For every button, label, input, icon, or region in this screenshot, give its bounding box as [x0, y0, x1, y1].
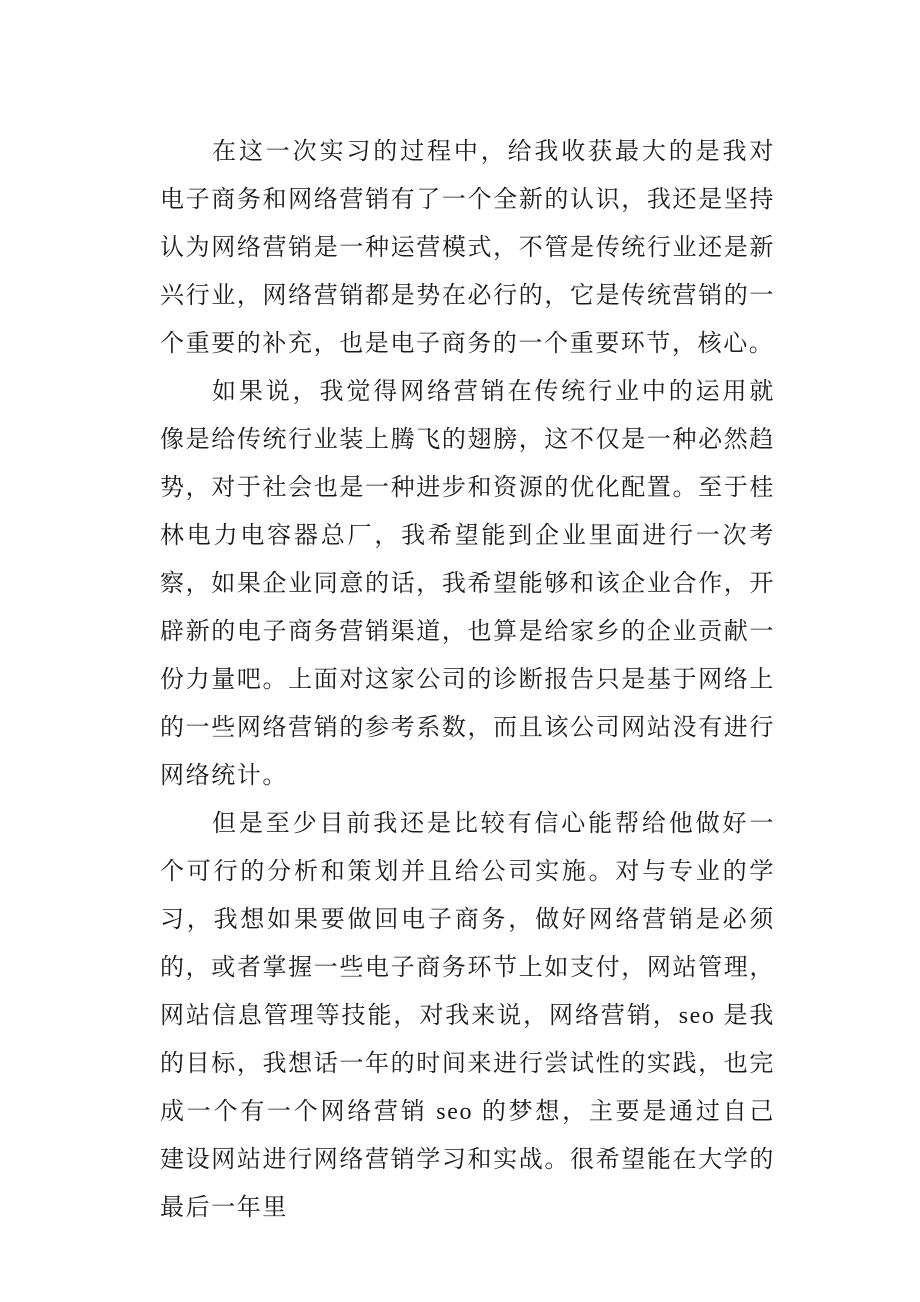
paragraph-internship-gains: 在这一次实习的过程中，给我收获最大的是我对电子商务和网络营销有了一个全新的认识，… — [160, 128, 775, 368]
paragraph-confidence-and-seo-goal: 但是至少目前我还是比较有信心能帮给他做好一个可行的分析和策划并且给公司实施。对与… — [160, 800, 775, 1232]
paragraph-traditional-industry-cooperation: 如果说，我觉得网络营销在传统行业中的运用就像是给传统行业装上腾飞的翅膀，这不仅是… — [160, 368, 775, 800]
document-page: 在这一次实习的过程中，给我收获最大的是我对电子商务和网络营销有了一个全新的认识，… — [0, 0, 920, 1302]
